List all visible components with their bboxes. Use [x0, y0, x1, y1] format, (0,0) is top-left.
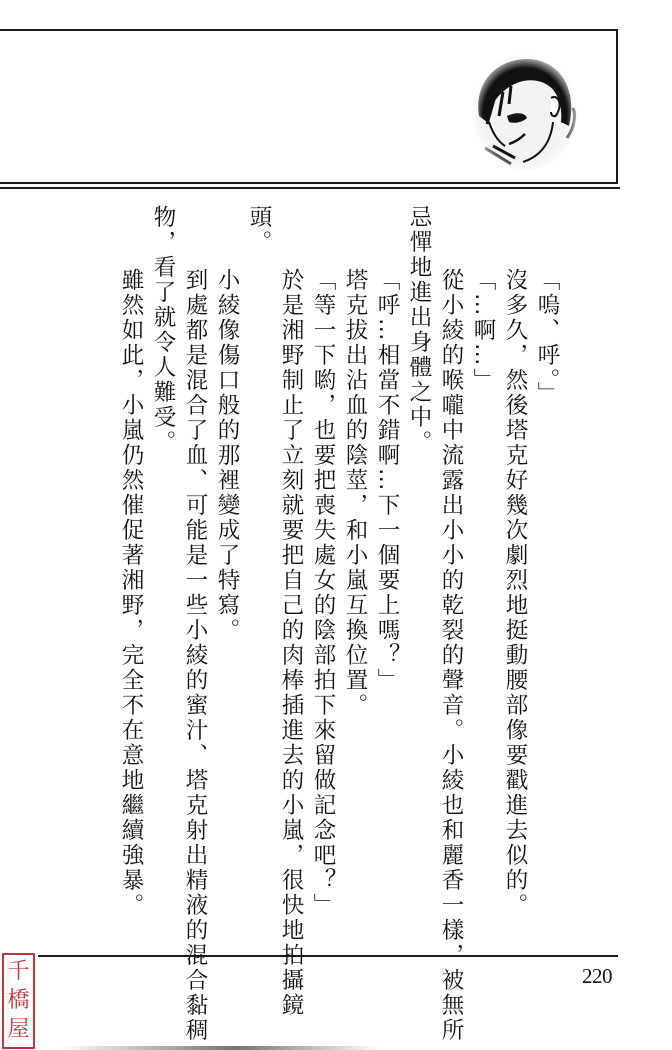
text-column-2: 沒多久，然後塔克好幾次劇烈地挺動腰部像要戳進去似的。 — [500, 268, 530, 918]
text-column-9: 於是湘野制止了立刻就要把自己的肉棒插進去的小嵐，很快地拍攝鏡 — [276, 268, 306, 1018]
text-column-12: 到處都是混合了血、可能是一些小綾的蜜汁、塔克射出精液的混合黏稠 — [180, 268, 210, 1043]
manga-character-portrait-icon — [465, 46, 583, 174]
text-column-1: 「嗚、呼。」 — [532, 268, 562, 407]
header-bottom-rule — [0, 187, 620, 189]
text-column-6: 「呼…相當不錯啊…下一個要上嗎？」 — [372, 268, 402, 693]
text-column-10: 頭。 — [244, 205, 274, 255]
stamp-char-3: 屋 — [7, 1017, 29, 1043]
text-column-3: 「…啊…」 — [468, 268, 498, 393]
publisher-seal-stamp: 千 橋 屋 — [2, 953, 35, 1049]
text-column-11: 小綾像傷口般的那裡變成了特寫。 — [212, 268, 242, 643]
scan-edge-shadow — [60, 1046, 380, 1050]
text-column-8: 「等一下喲，也要把喪失處女的陰部拍下來留做記念吧？」 — [308, 268, 338, 918]
text-column-14: 雖然如此，小嵐仍然催促著湘野，完全不在意地繼續強暴。 — [116, 268, 146, 918]
page-number: 220 — [582, 964, 612, 989]
text-column-7: 塔克拔出沾血的陰莖，和小嵐互換位置。 — [340, 268, 370, 718]
stamp-char-1: 千 — [7, 959, 29, 985]
stamp-char-2: 橋 — [7, 988, 29, 1014]
text-column-4: 從小綾的喉嚨中流露出小小的乾裂的聲音。小綾也和麗香一樣，被無所 — [436, 268, 466, 1043]
text-column-13: 物，看了就令人難受。 — [148, 205, 178, 455]
footer-rule — [38, 955, 618, 957]
text-column-5: 忌憚地進出身體之中。 — [404, 205, 434, 455]
